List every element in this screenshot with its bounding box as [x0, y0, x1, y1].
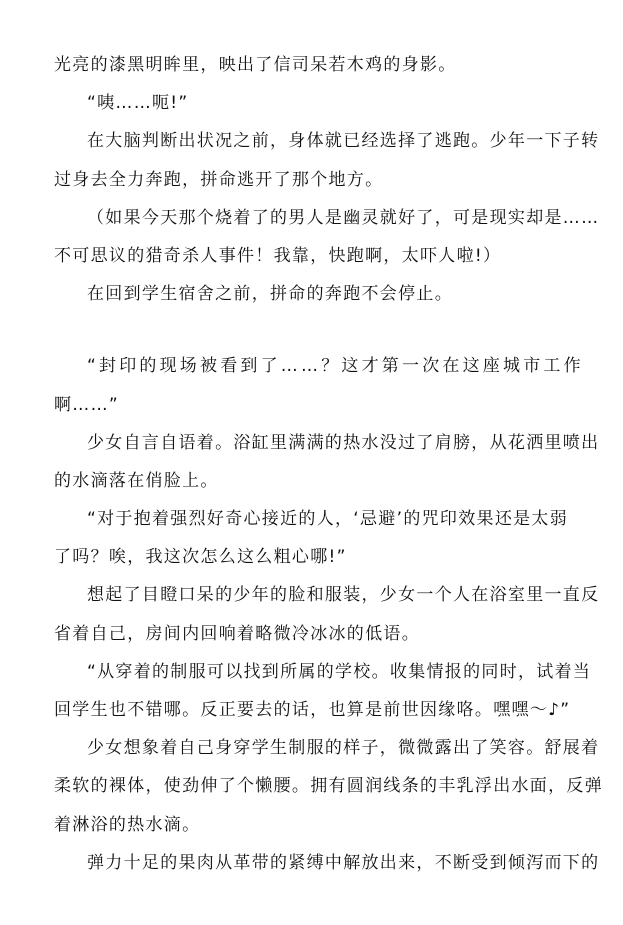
- text-line: “封印的现场被看到了……？这才第一次在这座城市工作: [54, 347, 554, 385]
- document-page: 光亮的漆黑明眸里，映出了信司呆若木鸡的身影。 “咦……呃!” 在大脑判断出状况之…: [54, 46, 554, 882]
- text-line: 啊……”: [54, 386, 554, 424]
- text-line: 在回到学生宿舍之前，拼命的奔跑不会停止。: [54, 275, 554, 313]
- text-line: 少女自言自语着。浴缸里满满的热水没过了肩膀，从花洒里喷出: [54, 424, 554, 462]
- text-line: “对于抱着强烈好奇心接近的人，‘忌避’的咒印效果还是太弱: [54, 500, 554, 538]
- text-line: 省着自己，房间内回响着略微冷冰冰的低语。: [54, 615, 554, 653]
- text-line: 柔软的裸体，使劲伸了个懒腰。拥有圆润线条的丰乳浮出水面，反弹: [54, 767, 554, 805]
- text-line: 过身去全力奔跑，拼命逃开了那个地方。: [54, 161, 554, 199]
- text-line: 少女想象着自己身穿学生制服的样子，微微露出了笑容。舒展着: [54, 729, 554, 767]
- text-line: “从穿着的制服可以找到所属的学校。收集情报的同时，试着当: [54, 653, 554, 691]
- text-line: 弹力十足的果肉从革带的紧缚中解放出来，不断受到倾泻而下的: [54, 844, 554, 882]
- text-line: 了吗？唉，我这次怎么这么粗心哪!”: [54, 538, 554, 576]
- text-line: “咦……呃!”: [54, 84, 554, 122]
- text-line: 光亮的漆黑明眸里，映出了信司呆若木鸡的身影。: [54, 46, 554, 84]
- text-line: 回学生也不错哪。反正要去的话，也算是前世因缘咯。嘿嘿～♪”: [54, 691, 554, 729]
- text-line: 不可思议的猎奇杀人事件！我靠，快跑啊，太吓人啦!）: [54, 237, 554, 275]
- text-line: 在大脑判断出状况之前，身体就已经选择了逃跑。少年一下子转: [54, 122, 554, 160]
- text-line: 着淋浴的热水滴。: [54, 806, 554, 844]
- text-line: 的水滴落在俏脸上。: [54, 462, 554, 500]
- blank-line: [54, 313, 554, 347]
- text-line: （如果今天那个烧着了的男人是幽灵就好了，可是现实却是……: [54, 199, 554, 237]
- text-line: 想起了目瞪口呆的少年的脸和服装，少女一个人在浴室里一直反: [54, 576, 554, 614]
